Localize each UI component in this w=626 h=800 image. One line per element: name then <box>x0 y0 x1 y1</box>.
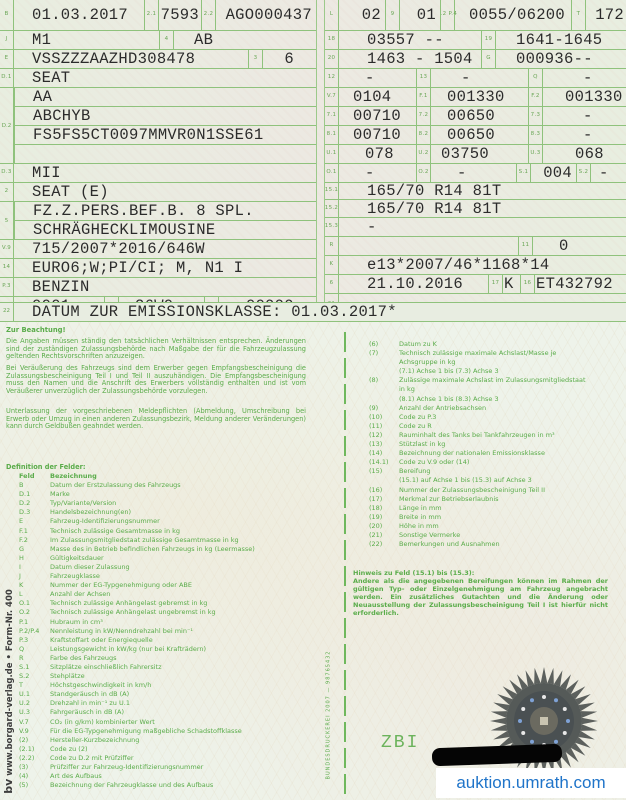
field-label-22: 22 <box>0 303 14 321</box>
technical-max-mass: 001330 <box>431 88 505 106</box>
definition-item: (19)Breite in mm <box>369 513 586 522</box>
field-row-22: 22 DATUM ZUR EMISSIONSKLASSE: 01.03.2017… <box>0 302 626 322</box>
field-label-7-1: 7.1 <box>325 107 339 125</box>
field-label-20: 20 <box>325 50 339 68</box>
field-8-2: 8.2 00650 <box>416 126 528 144</box>
definition-value: Im Zulassungsmitgliedstaat zulässige Ges… <box>50 536 239 545</box>
definition-value: Bezeichnung der Fahrzeugklasse und des A… <box>50 781 213 790</box>
definition-key: P.3 <box>19 636 50 645</box>
definitions-header-desc: Bezeichnung <box>50 472 97 481</box>
field-label-d1: D.1 <box>0 69 14 87</box>
field-label-16: 16 <box>521 275 535 293</box>
definition-key: (4) <box>19 772 50 781</box>
field-row-r: R 11 0 <box>325 236 626 255</box>
field-row-d2-blank <box>14 144 316 163</box>
definition-key: D.3 <box>19 508 50 517</box>
field-row-15-2: 15.2 165/70 R14 81T <box>325 199 626 217</box>
field-row-k: K e13*2007/46*1168*14 <box>325 255 626 274</box>
field-row-p3: P.3 BENZIN <box>0 277 316 296</box>
definition-item: in kg <box>369 385 586 394</box>
field-5-body: SCHRÄGHECKLIMOUSINE <box>14 221 316 239</box>
tires-axle-1: 165/70 R14 81T <box>339 183 501 199</box>
definition-key: (7) <box>369 349 399 358</box>
definition-value: Masse des in Betrieb befindlichen Fahrze… <box>50 545 255 554</box>
definition-value: Bereifung <box>399 467 430 476</box>
definition-item: (2.1)Code zu (2) <box>19 745 255 754</box>
definition-item: IDatum dieser Zulassung <box>19 563 255 572</box>
body-description: SCHRÄGHECKLIMOUSINE <box>15 221 215 239</box>
definition-key: D.2 <box>19 499 50 508</box>
permitted-axle-load-2: 00650 <box>431 126 495 144</box>
definition-item: (13)Stützlast in kg <box>369 440 586 449</box>
field-label-j: J <box>0 31 14 49</box>
definition-value: Drehzahl in min⁻¹ zu U.1 <box>50 699 130 708</box>
permitted-max-mass: 001330 <box>543 88 623 106</box>
field-row-d2-variant2: ABCHYB <box>14 106 316 125</box>
definition-key: F.2 <box>19 536 50 545</box>
field-row-d3: D.3 MII <box>0 163 316 182</box>
permitted-axle-load-1: 00710 <box>339 126 401 144</box>
field-label-l: L <box>325 0 339 30</box>
definition-key: I <box>19 563 50 572</box>
definition-value: Technisch zulässige maximale Achslast/Ma… <box>399 349 556 358</box>
column-divider <box>316 0 317 322</box>
definition-value: in kg <box>399 385 415 394</box>
definition-key <box>369 367 399 376</box>
definition-key: U.3 <box>19 708 50 717</box>
definition-key: F.1 <box>19 527 50 536</box>
max-speed: 172 <box>595 6 626 24</box>
vin: VSSZZZAAZHD308478 <box>14 50 195 68</box>
version: FS5FS5CT0097MMVR0N1SSE61 <box>15 126 263 144</box>
field-label-g: G <box>482 50 496 68</box>
field-label-k: K <box>325 256 339 274</box>
publisher-form-number: www.borgard-verlag.de • Form-Nr. 400 <box>5 589 15 776</box>
definition-value: Fahrzeugklasse <box>50 572 100 581</box>
definition-value: Hersteller-Kurzbezeichnung <box>50 736 139 745</box>
part-two-number: ET432792 <box>535 275 613 293</box>
definition-key: (21) <box>369 531 399 540</box>
field-f1: F.1 001330 <box>416 88 528 106</box>
type-code: AGO000437 <box>226 6 316 24</box>
definition-value: Nummer der Zulassungsbescheinigung Teil … <box>399 486 545 495</box>
field-3: 3 6 <box>248 50 316 68</box>
definition-item: EFahrzeug-Identifizierungsnummer <box>19 517 255 526</box>
field-label-v9: V.9 <box>0 240 14 258</box>
tires-axle-2: 165/70 R14 81T <box>339 200 501 217</box>
zbi-mark: ZBI <box>381 733 419 753</box>
definition-value: Nennleistung in kW/Nenndrehzahl bei min⁻… <box>50 627 193 636</box>
field-label-s2: S.2 <box>577 164 591 182</box>
definition-item: (18)Länge in mm <box>369 504 586 513</box>
tire-note: Hinweis zu Feld (15.1) bis (15.3): Ander… <box>353 569 608 617</box>
definition-item: (7)Technisch zulässige maximale Achslast… <box>369 349 586 358</box>
field-p3: P.3 BENZIN <box>0 278 316 296</box>
vehicle-class-description: FZ.Z.PERS.BEF.B. 8 SPL. <box>15 202 254 220</box>
definition-key: U.1 <box>19 690 50 699</box>
definition-item: (11)Code zu R <box>369 422 586 431</box>
definition-key: (6) <box>369 340 399 349</box>
definition-key: (10) <box>369 413 399 422</box>
definition-key: (18) <box>369 504 399 513</box>
field-row-o: O.1 - O.2 - S.1 004 S.2 - <box>325 163 626 182</box>
tire-note-title: Hinweis zu Feld (15.1) bis (15.3): <box>353 569 608 577</box>
field-label-8-2: 8.2 <box>417 126 431 144</box>
definition-key: G <box>19 545 50 554</box>
definition-value: Stützlast in kg <box>399 440 445 449</box>
field-15-1: 15.1 165/70 R14 81T <box>325 183 626 199</box>
definition-key: (17) <box>369 495 399 504</box>
type: AA <box>15 88 52 106</box>
definition-value: Breite in mm <box>399 513 441 522</box>
definition-item: GMasse des in Betrieb befindlichen Fahrz… <box>19 545 255 554</box>
field-2-1: 2.1 7593 <box>144 0 201 30</box>
definition-value: Höchstgeschwindigkeit in km/h <box>50 681 151 690</box>
definition-key: (22) <box>369 540 399 549</box>
definition-value: Code zu P.3 <box>399 413 436 422</box>
definition-key: (20) <box>369 522 399 531</box>
notice-paragraph-1: Die Angaben müssen ständig den tatsächli… <box>6 338 306 361</box>
definitions-title: Definition der Felder: <box>6 463 86 471</box>
definition-item: V.9Für die EG-Typgenehmigung maßgebliche… <box>19 727 255 736</box>
definition-item: (5)Bezeichnung der Fahrzeugklasse und de… <box>19 781 255 790</box>
definition-value: Code zu (2) <box>50 745 88 754</box>
definition-key: (14) <box>369 449 399 458</box>
definition-item: (14.1)Code zu V.9 oder (14) <box>369 458 586 467</box>
definition-key: H <box>19 554 50 563</box>
definition-key: V.7 <box>19 718 50 727</box>
operating-permit-mark: K <box>503 275 514 293</box>
field-label-e: E <box>0 50 14 68</box>
definition-key: E <box>19 517 50 526</box>
axle-load-1: 00710 <box>339 107 401 125</box>
field-l: L 02 <box>325 0 385 30</box>
definition-value: Fahrzeug-Identifizierungsnummer <box>50 517 160 526</box>
definition-item: (17)Merkmal zur Betriebserlaubnis <box>369 495 586 504</box>
field-label-d2: D.2 <box>0 87 14 163</box>
field-o2: O.2 - <box>416 164 516 182</box>
field-label-11: 11 <box>519 237 533 255</box>
field-d2-version: FS5FS5CT0097MMVR0N1SSE61 <box>14 126 316 144</box>
definition-value: Technisch zulässige Anhängelast ungebrem… <box>50 608 216 617</box>
field-label-p2-p4: P.2 P.4 <box>441 0 455 30</box>
field-6: 6 21.10.2016 <box>325 275 488 293</box>
field-row-15-1: 15.1 165/70 R14 81T <box>325 182 626 199</box>
field-label-8-3: 8.3 <box>529 126 543 144</box>
field-label-12: 12 <box>325 69 339 87</box>
definition-value: Bemerkungen und Ausnahmen <box>399 540 500 549</box>
definition-item: (16)Nummer der Zulassungsbescheinigung T… <box>369 486 586 495</box>
definition-item: (4)Art des Aufbaus <box>19 772 255 781</box>
definitions-list-right: (6)Datum zu K(7)Technisch zulässige maxi… <box>369 340 586 549</box>
definition-item: (8.1) Achse 1 bis (8.3) Achse 3 <box>369 395 586 404</box>
field-label-u3: U.3 <box>529 145 543 163</box>
field-row-8: 8.1 00710 8.2 00650 8.3 - <box>325 125 626 144</box>
field-14: 14 EURO6;W;PI/CI; M, N1 I <box>0 259 316 277</box>
height: 1463 - 1504 <box>339 50 473 68</box>
field-11: 11 0 <box>518 237 626 255</box>
definition-key: P.2/P.4 <box>19 627 50 636</box>
field-label-9: 9 <box>386 0 400 30</box>
field-d3: D.3 MII <box>0 164 316 182</box>
definition-item: O.1Technisch zulässige Anhängelast gebre… <box>19 599 255 608</box>
definition-item: S.2Stehplätze <box>19 672 255 681</box>
definition-value: Länge in mm <box>399 504 442 513</box>
definition-item: V.7CO₂ (in g/km) kombinierter Wert <box>19 718 255 727</box>
field-8-3: 8.3 - <box>528 126 626 144</box>
standing-noise: 078 <box>339 145 394 163</box>
width: 1641-1645 <box>496 31 602 49</box>
definition-item: (15.1) auf Achse 1 bis (15.3) auf Achse … <box>369 476 586 485</box>
field-b: B 01.03.2017 <box>0 0 144 30</box>
definition-value: Code zu D.2 mit Prüfziffer <box>50 754 134 763</box>
definition-item: U.1Standgeräusch in dB (A) <box>19 690 255 699</box>
definition-item: P.1Hubraum in cm³ <box>19 618 255 627</box>
definition-value: Datum dieser Zulassung <box>50 563 130 572</box>
definition-item: LAnzahl der Achsen <box>19 590 255 599</box>
field-label-8-1: 8.1 <box>325 126 339 144</box>
definition-item: P.3Kraftstoffart oder Energiequelle <box>19 636 255 645</box>
field-8-1: 8.1 00710 <box>325 126 416 144</box>
definition-item: (20)Höhe in mm <box>369 522 586 531</box>
definition-value: Leistungsgewicht in kW/kg (nur bei Kraft… <box>50 645 206 654</box>
field-e: E VSSZZZAAZHD308478 <box>0 50 248 68</box>
definition-value: Gültigkeitsdauer <box>50 554 104 563</box>
definition-item: HGültigkeitsdauer <box>19 554 255 563</box>
definition-value: Typ/Variante/Version <box>50 499 116 508</box>
definition-item: (15)Bereifung <box>369 467 586 476</box>
field-label-o1: O.1 <box>325 164 339 182</box>
definition-key <box>369 358 399 367</box>
field-label-14: 14 <box>0 259 14 277</box>
definition-key <box>369 476 399 485</box>
field-v7: V.7 0104 <box>325 88 416 106</box>
field-row-20: 20 1463 - 1504 G 000936-- <box>325 49 626 68</box>
towing-braked: - <box>339 164 375 182</box>
definition-value: Code zu V.9 oder (14) <box>399 458 469 467</box>
make: SEAT <box>14 69 70 87</box>
definition-item: D.3Handelsbezeichnung(en) <box>19 508 255 517</box>
field-row-15-3: 15.3 - <box>325 217 626 236</box>
definition-key: U.2 <box>19 699 50 708</box>
national-emission-class: EURO6;W;PI/CI; M, N1 I <box>14 259 243 277</box>
definition-value: Kraftstoffart oder Energiequelle <box>50 636 153 645</box>
field-label-7-3: 7.3 <box>529 107 543 125</box>
notice-paragraph-3: Unterlassung der vorgeschriebenen Meldep… <box>6 408 306 431</box>
seats: 004 <box>543 164 576 182</box>
definition-item: S.1Sitzplätze einschließlich Fahrersitz <box>19 663 255 672</box>
curb-weight: 000936-- <box>496 50 593 68</box>
definition-value: (7.1) Achse 1 bis (7.3) Achse 3 <box>399 367 499 376</box>
field-row-5b: SCHRÄGHECKLIMOUSINE <box>14 220 316 239</box>
definition-value: Art des Aufbaus <box>50 772 102 781</box>
tongue-load: - <box>431 69 471 87</box>
definition-key: D.1 <box>19 490 50 499</box>
definition-value: Nummer der EG-Typgenehmigung oder ABE <box>50 581 192 590</box>
noise-rpm: 03750 <box>431 145 489 163</box>
field-g: G 000936-- <box>481 50 626 68</box>
definition-item: F.1Technisch zulässige Gesamtmasse in kg <box>19 527 255 536</box>
definition-value: Farbe des Fahrzeugs <box>50 654 117 663</box>
field-5-class: FZ.Z.PERS.BEF.B. 8 SPL. <box>14 202 316 220</box>
field-k: K e13*2007/46*1168*14 <box>325 256 626 274</box>
definition-key: J <box>19 572 50 581</box>
field-u1: U.1 078 <box>325 145 416 163</box>
definition-key <box>369 395 399 404</box>
field-19: 19 1641-1645 <box>481 31 626 49</box>
definition-key: (2) <box>19 736 50 745</box>
field-label-4: 4 <box>160 31 174 49</box>
definition-value: (15.1) auf Achse 1 bis (15.3) auf Achse … <box>399 476 532 485</box>
definition-key: S.2 <box>19 672 50 681</box>
field-label-18: 18 <box>325 31 339 49</box>
towing-unbraked: - <box>431 164 467 182</box>
driving-noise: 068 <box>543 145 604 163</box>
definition-item: BDatum der Erstzulassung des Fahrzeugs <box>19 481 255 490</box>
trade-name: MII <box>14 164 61 182</box>
definition-value: Bezeichnung der nationalen Emissionsklas… <box>399 449 545 458</box>
definition-value: Merkmal zur Betriebserlaubnis <box>399 495 499 504</box>
definition-key: O.2 <box>19 608 50 617</box>
definition-value: Anzahl der Antriebsachsen <box>399 404 486 413</box>
definition-item: F.2Im Zulassungsmitgliedstaat zulässige … <box>19 536 255 545</box>
field-row-d1: D.1 SEAT <box>0 68 316 87</box>
drive-axles: 01 <box>417 6 440 24</box>
field-13: 13 - <box>416 69 528 87</box>
definition-item: P.2/P.4Nennleistung in kW/Nenndrehzahl b… <box>19 627 255 636</box>
right-field-column: L 02 9 01 P.2 P.4 0055/06200 T 172 18 03… <box>325 0 626 315</box>
definition-key: (16) <box>369 486 399 495</box>
field-label-15-2: 15.2 <box>325 200 339 217</box>
field-label-6: 6 <box>325 275 339 293</box>
field-d1: D.1 SEAT <box>0 69 316 87</box>
definition-key: V.9 <box>19 727 50 736</box>
definition-item: (2.2)Code zu D.2 mit Prüfziffer <box>19 754 255 763</box>
field-row-l: L 02 9 01 P.2 P.4 0055/06200 T 172 <box>325 0 626 30</box>
definition-item: (7.1) Achse 1 bis (7.3) Achse 3 <box>369 367 586 376</box>
definition-item: (22)Bemerkungen und Ausnahmen <box>369 540 586 549</box>
definition-value: Marke <box>50 490 70 499</box>
definition-key: (12) <box>369 431 399 440</box>
field-j: J M1 <box>0 31 159 49</box>
notice-paragraph-2: Bei Veräußerung des Fahrzeugs sind dem E… <box>6 365 306 395</box>
definition-value: Höhe in mm <box>399 522 439 531</box>
field-q: Q - <box>528 69 626 87</box>
definition-value: Rauminhalt des Tanks bei Tankfahrzeugen … <box>399 431 555 440</box>
tires-axle-3: - <box>339 218 377 236</box>
field-row-v9: V.9 715/2007*2016/646W <box>0 239 316 258</box>
definition-item: O.2Technisch zulässige Anhängelast ungeb… <box>19 608 255 617</box>
co2-value: 0104 <box>339 88 391 106</box>
definitions-header-field: Feld <box>19 472 50 481</box>
field-label-2-1: 2.1 <box>145 0 159 30</box>
remarks: DATUM ZUR EMISSIONSKLASSE: 01.03.2017* <box>14 303 397 321</box>
definition-value: Standgeräusch in dB (A) <box>50 690 129 699</box>
definition-item: (12)Rauminhalt des Tanks bei Tankfahrzeu… <box>369 431 586 440</box>
definition-value: Handelsbezeichnung(en) <box>50 508 131 517</box>
field-row-14: 14 EURO6;W;PI/CI; M, N1 I <box>0 258 316 277</box>
field-s1: S.1 004 <box>516 164 576 182</box>
color-code: 0 <box>533 237 569 255</box>
definition-key: (11) <box>369 422 399 431</box>
field-7-1: 7.1 00710 <box>325 107 416 125</box>
axle-count: 02 <box>362 6 385 24</box>
definition-item: U.3Fahrgeräusch in dB (A) <box>19 708 255 717</box>
field-row-d2-variant: AA <box>14 87 316 106</box>
publisher-logo-icon: bv <box>2 778 15 793</box>
section-divider <box>344 332 346 800</box>
definition-value: (8.1) Achse 1 bis (8.3) Achse 3 <box>399 395 499 404</box>
definition-key: K <box>19 581 50 590</box>
tire-note-text: Andere als die angegebenen Bereifungen k… <box>353 577 608 617</box>
field-row-j: J M1 4 AB <box>0 30 316 49</box>
definition-key: (5) <box>19 781 50 790</box>
field-label-u2: U.2 <box>417 145 431 163</box>
field-label-f1: F.1 <box>417 88 431 106</box>
field-label-2: 2 <box>0 183 14 201</box>
field-2-2: 2.2 AGO000437 <box>201 0 316 30</box>
field-row-d2-version: FS5FS5CT0097MMVR0N1SSE61 <box>14 125 316 144</box>
left-field-column: B 01.03.2017 2.1 7593 2.2 AGO000437 J M1… <box>0 0 316 322</box>
field-label-15-3: 15.3 <box>325 218 339 236</box>
watermark-link[interactable]: auktion.umrath.com <box>436 768 626 798</box>
field-label-5: 5 <box>0 201 14 239</box>
definition-value: Hubraum in cm³ <box>50 618 103 627</box>
field-p2-p4: P.2 P.4 0055/06200 <box>440 0 571 30</box>
field-label-v7: V.7 <box>325 88 339 106</box>
definition-item: QLeistungsgewicht in kW/kg (nur bei Kraf… <box>19 645 255 654</box>
definition-value: Sitzplätze einschließlich Fahrersitz <box>50 663 162 672</box>
definition-value: Datum zu K <box>399 340 437 349</box>
vehicle-class: M1 <box>14 31 51 49</box>
length: 03557 -- <box>339 31 444 49</box>
field-12: 12 - <box>325 69 416 87</box>
printer-side-text: BUNDESDRUCKEREI 2007 — 98765432 <box>321 640 335 790</box>
field-label-u1: U.1 <box>325 145 339 163</box>
definition-value: Code zu R <box>399 422 432 431</box>
definitions-header: Feld Bezeichnung <box>19 472 255 481</box>
definition-key: (9) <box>369 404 399 413</box>
definition-item: (6)Datum zu K <box>369 340 586 349</box>
field-label-p3: P.3 <box>0 278 14 296</box>
field-9: 9 01 <box>385 0 440 30</box>
manufacturer-code: 7593 <box>161 6 201 24</box>
definition-key: (3) <box>19 763 50 772</box>
field-2: 2 SEAT (E) <box>0 183 316 201</box>
power-to-weight: - <box>543 69 593 87</box>
field-u3: U.3 068 <box>528 145 626 163</box>
field-o1: O.1 - <box>325 164 416 182</box>
definition-key: O.1 <box>19 599 50 608</box>
field-7-3: 7.3 - <box>528 107 626 125</box>
definition-item: THöchstgeschwindigkeit in km/h <box>19 681 255 690</box>
standing-places: - <box>591 164 609 182</box>
field-label-q: Q <box>529 69 543 87</box>
definition-key: B <box>19 481 50 490</box>
definition-item: (14)Bezeichnung der nationalen Emissions… <box>369 449 586 458</box>
field-s2: S.2 - <box>576 164 626 182</box>
definition-item: (21)Sonstige Vermerke <box>369 531 586 540</box>
definition-value: Stehplätze <box>50 672 85 681</box>
definition-item: D.1Marke <box>19 490 255 499</box>
field-label-13: 13 <box>417 69 431 87</box>
definition-key: (19) <box>369 513 399 522</box>
definition-item: JFahrzeugklasse <box>19 572 255 581</box>
field-row-2: 2 SEAT (E) <box>0 182 316 201</box>
type-approval-number: e13*2007/46*1168*14 <box>339 256 549 274</box>
definition-value: CO₂ (in g/km) kombinierter Wert <box>50 718 155 727</box>
definition-item: (10)Code zu P.3 <box>369 413 586 422</box>
